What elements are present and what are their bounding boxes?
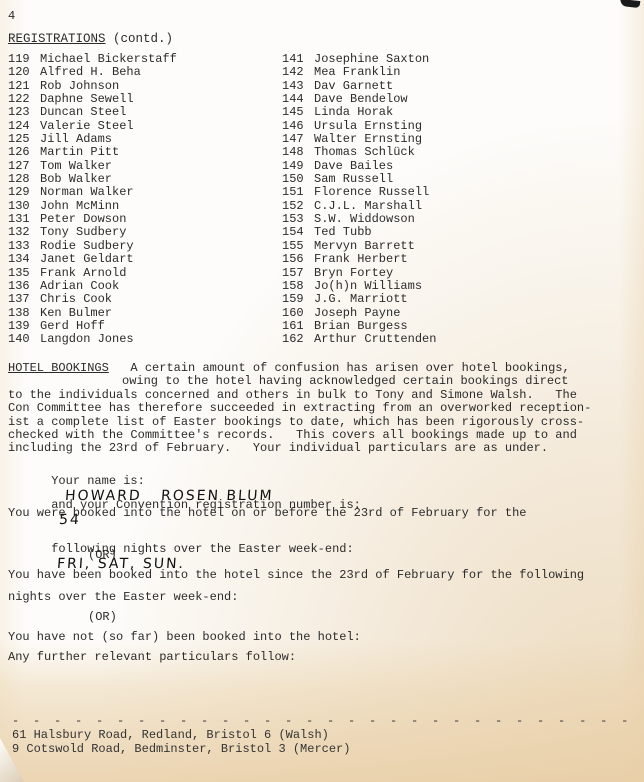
- section-title-main: REGISTRATIONS: [8, 32, 106, 46]
- registrant-name: Duncan Steel: [40, 106, 126, 119]
- registrant-name: Josephine Saxton: [314, 53, 429, 66]
- registration-row: 130John McMinn: [8, 200, 177, 213]
- registration-number: 138: [8, 307, 40, 320]
- registration-number: 158: [282, 280, 314, 293]
- registration-row: 148Thomas Schlück: [282, 146, 436, 159]
- registration-row: 124Valerie Steel: [8, 120, 177, 133]
- registrant-name: Dav Garnett: [314, 80, 393, 93]
- registration-row: 125Jill Adams: [8, 133, 177, 146]
- section-title-suffix: (contd.): [106, 32, 174, 46]
- registration-row: 147Walter Ernsting: [282, 133, 436, 146]
- registration-number: 127: [8, 160, 40, 173]
- registration-row: 162Arthur Cruttenden: [282, 333, 436, 346]
- registrant-name: Martin Pitt: [40, 146, 119, 159]
- registration-row: 138Ken Bulmer: [8, 307, 177, 320]
- registration-row: 158Jo(h)n Williams: [282, 280, 436, 293]
- registration-row: 156Frank Herbert: [282, 253, 436, 266]
- registration-number: 134: [8, 253, 40, 266]
- registration-row: 121Rob Johnson: [8, 80, 177, 93]
- registrant-name: Arthur Cruttenden: [314, 333, 436, 346]
- registration-number: 126: [8, 146, 40, 159]
- registration-number: 152: [282, 200, 314, 213]
- registration-number: 120: [8, 66, 40, 79]
- registrant-name: John McMinn: [40, 200, 119, 213]
- registrant-name: Bryn Fortey: [314, 267, 393, 280]
- registration-number: 130: [8, 200, 40, 213]
- registrant-name: Chris Cook: [40, 293, 112, 306]
- registration-number: 142: [282, 66, 314, 79]
- registrant-name: Alfred H. Beha: [40, 66, 141, 79]
- registrant-name: Ursula Ernsting: [314, 120, 422, 133]
- registration-number: 157: [282, 267, 314, 280]
- registrant-name: Tony Sudbery: [40, 226, 126, 239]
- dashed-divider: - - - - - - - - - - - - - - - - - - - - …: [12, 714, 644, 728]
- registration-number: 161: [282, 320, 314, 333]
- registrant-name: Frank Herbert: [314, 253, 408, 266]
- registrant-name: Frank Arnold: [40, 267, 126, 280]
- registration-row: 155Mervyn Barrett: [282, 240, 436, 253]
- registration-row: 153S.W. Widdowson: [282, 213, 436, 226]
- registration-number: 148: [282, 146, 314, 159]
- registrant-name: Ken Bulmer: [40, 307, 112, 320]
- registration-number: 121: [8, 80, 40, 93]
- registration-row: 146Ursula Ernsting: [282, 120, 436, 133]
- registrant-name: Daphne Sewell: [40, 93, 134, 106]
- registrant-name: Florence Russell: [314, 186, 429, 199]
- corner-ink-mark: [620, 0, 641, 8]
- registration-row: 135Frank Arnold: [8, 267, 177, 280]
- registrant-name: Tom Walker: [40, 160, 112, 173]
- registration-number: 129: [8, 186, 40, 199]
- booked-since-line-1: You have been booked into the hotel sinc…: [8, 568, 584, 582]
- registrant-name: Sam Russell: [314, 173, 393, 186]
- hotel-paragraph-line: ist a complete list of Easter bookings t…: [8, 416, 638, 429]
- registration-row: 144Dave Bendelow: [282, 93, 436, 106]
- registration-row: 142Mea Franklin: [282, 66, 436, 79]
- registrant-name: Jill Adams: [40, 133, 112, 146]
- registration-number: 141: [282, 53, 314, 66]
- registration-row: 131Peter Dowson: [8, 213, 177, 226]
- registration-number: 124: [8, 120, 40, 133]
- registrant-name: Valerie Steel: [40, 120, 134, 133]
- registrant-name: Rob Johnson: [40, 80, 119, 93]
- registration-number: 131: [8, 213, 40, 226]
- or-separator-1: (OR): [88, 548, 117, 562]
- registration-row: 139Gerd Hoff: [8, 320, 177, 333]
- not-booked-line: You have not (so far) been booked into t…: [8, 630, 361, 644]
- hotel-first-line: HOTEL BOOKINGS A certain amount of confu…: [8, 362, 638, 375]
- registration-row: 145Linda Horak: [282, 106, 436, 119]
- registrant-name: Norman Walker: [40, 186, 134, 199]
- registrant-name: Jo(h)n Williams: [314, 280, 422, 293]
- registrant-name: Rodie Sudbery: [40, 240, 134, 253]
- booked-since-line-2: nights over the Easter week-end:: [8, 590, 238, 604]
- registration-number: 153: [282, 213, 314, 226]
- footer-addresses: - - - - - - - - - - - - - - - - - - - - …: [12, 714, 644, 756]
- hotel-paragraph-line: checked with the Committee's records. Th…: [8, 429, 638, 442]
- registration-row: 149Dave Bailes: [282, 160, 436, 173]
- registrations-right-column: 141Josephine Saxton142Mea Franklin143Dav…: [282, 53, 436, 347]
- registration-number: 132: [8, 226, 40, 239]
- registration-row: 150Sam Russell: [282, 173, 436, 186]
- registrant-name: Dave Bendelow: [314, 93, 408, 106]
- registration-number: 162: [282, 333, 314, 346]
- registration-row: 127Tom Walker: [8, 160, 177, 173]
- registration-row: 120Alfred H. Beha: [8, 66, 177, 79]
- registrant-name: J.G. Marriott: [314, 293, 408, 306]
- registration-number: 128: [8, 173, 40, 186]
- registration-number: 135: [8, 267, 40, 280]
- hotel-bookings-section: HOTEL BOOKINGS A certain amount of confu…: [8, 362, 638, 456]
- registration-number: 144: [282, 93, 314, 106]
- registration-row: 129Norman Walker: [8, 186, 177, 199]
- registrant-name: Gerd Hoff: [40, 320, 105, 333]
- registrant-name: S.W. Widdowson: [314, 213, 415, 226]
- registrant-name: Walter Ernsting: [314, 133, 422, 146]
- registration-number: 155: [282, 240, 314, 253]
- registration-number: 143: [282, 80, 314, 93]
- registrations-left-column: 119Michael Bickerstaff120Alfred H. Beha1…: [8, 53, 177, 347]
- registration-number: 160: [282, 307, 314, 320]
- registration-number: 122: [8, 93, 40, 106]
- registration-row: 136Adrian Cook: [8, 280, 177, 293]
- address-mercer: 9 Cotswold Road, Bedminster, Bristol 3 (…: [12, 742, 644, 756]
- registration-number: 140: [8, 333, 40, 346]
- registration-row: 152C.J.L. Marshall: [282, 200, 436, 213]
- registration-number: 149: [282, 160, 314, 173]
- registration-row: 159J.G. Marriott: [282, 293, 436, 306]
- registrant-name: Peter Dowson: [40, 213, 126, 226]
- hotel-bookings-heading: HOTEL BOOKINGS: [8, 361, 109, 375]
- registration-number: 133: [8, 240, 40, 253]
- registrant-name: Dave Bailes: [314, 160, 393, 173]
- registration-row: 160Joseph Payne: [282, 307, 436, 320]
- registration-row: 151Florence Russell: [282, 186, 436, 199]
- registration-row: 132Tony Sudbery: [8, 226, 177, 239]
- further-particulars-line: Any further relevant particulars follow:: [8, 650, 296, 664]
- registration-row: 137Chris Cook: [8, 293, 177, 306]
- registrant-name: Joseph Payne: [314, 307, 400, 320]
- registration-number: 137: [8, 293, 40, 306]
- booked-before-line-1: You were booked into the hotel on or bef…: [8, 506, 526, 520]
- hotel-paragraph-line: Con Committee has therefore succeeded in…: [8, 402, 638, 415]
- registration-row: 143Dav Garnett: [282, 80, 436, 93]
- registration-number: 156: [282, 253, 314, 266]
- section-title: REGISTRATIONS (contd.): [8, 32, 173, 46]
- registration-row: 126Martin Pitt: [8, 146, 177, 159]
- registration-row: 161Brian Burgess: [282, 320, 436, 333]
- registration-number: 146: [282, 120, 314, 133]
- registration-number: 139: [8, 320, 40, 333]
- registration-number: 147: [282, 133, 314, 146]
- registration-row: 133Rodie Sudbery: [8, 240, 177, 253]
- registration-row: 154Ted Tubb: [282, 226, 436, 239]
- hotel-intro-text: A certain amount of confusion has arisen…: [109, 361, 570, 375]
- registrant-name: Langdon Jones: [40, 333, 134, 346]
- registration-row: 141Josephine Saxton: [282, 53, 436, 66]
- registrant-name: Michael Bickerstaff: [40, 53, 177, 66]
- page-number: 4: [8, 9, 15, 23]
- registration-number: 119: [8, 53, 40, 66]
- registrant-name: Thomas Schlück: [314, 146, 415, 159]
- registration-row: 122Daphne Sewell: [8, 93, 177, 106]
- registrant-name: Mea Franklin: [314, 66, 400, 79]
- registrant-name: C.J.L. Marshall: [314, 200, 422, 213]
- document-page: 4 REGISTRATIONS (contd.) 119Michael Bick…: [0, 0, 644, 782]
- registration-number: 145: [282, 106, 314, 119]
- registrant-name: Janet Geldart: [40, 253, 134, 266]
- registration-row: 128Bob Walker: [8, 173, 177, 186]
- registration-number: 159: [282, 293, 314, 306]
- hotel-paragraph-line: including the 23rd of February. Your ind…: [8, 442, 638, 455]
- registration-row: 119Michael Bickerstaff: [8, 53, 177, 66]
- registration-number: 136: [8, 280, 40, 293]
- registration-row: 157Bryn Fortey: [282, 267, 436, 280]
- or-separator-2: (OR): [88, 610, 117, 624]
- address-walsh: 61 Halsbury Road, Redland, Bristol 6 (Wa…: [12, 728, 644, 742]
- registration-row: 140Langdon Jones: [8, 333, 177, 346]
- hotel-paragraph-line: to the individuals concerned and others …: [8, 389, 638, 402]
- registrant-name: Adrian Cook: [40, 280, 119, 293]
- hotel-paragraph-line: owing to the hotel having acknowledged c…: [8, 375, 638, 388]
- registration-row: 134Janet Geldart: [8, 253, 177, 266]
- registration-number: 154: [282, 226, 314, 239]
- registrant-name: Mervyn Barrett: [314, 240, 415, 253]
- registrant-name: Bob Walker: [40, 173, 112, 186]
- registrant-name: Linda Horak: [314, 106, 393, 119]
- registration-number: 123: [8, 106, 40, 119]
- registration-number: 150: [282, 173, 314, 186]
- registrant-name: Ted Tubb: [314, 226, 372, 239]
- registration-number: 151: [282, 186, 314, 199]
- registrant-name: Brian Burgess: [314, 320, 408, 333]
- registration-row: 123Duncan Steel: [8, 106, 177, 119]
- registration-number: 125: [8, 133, 40, 146]
